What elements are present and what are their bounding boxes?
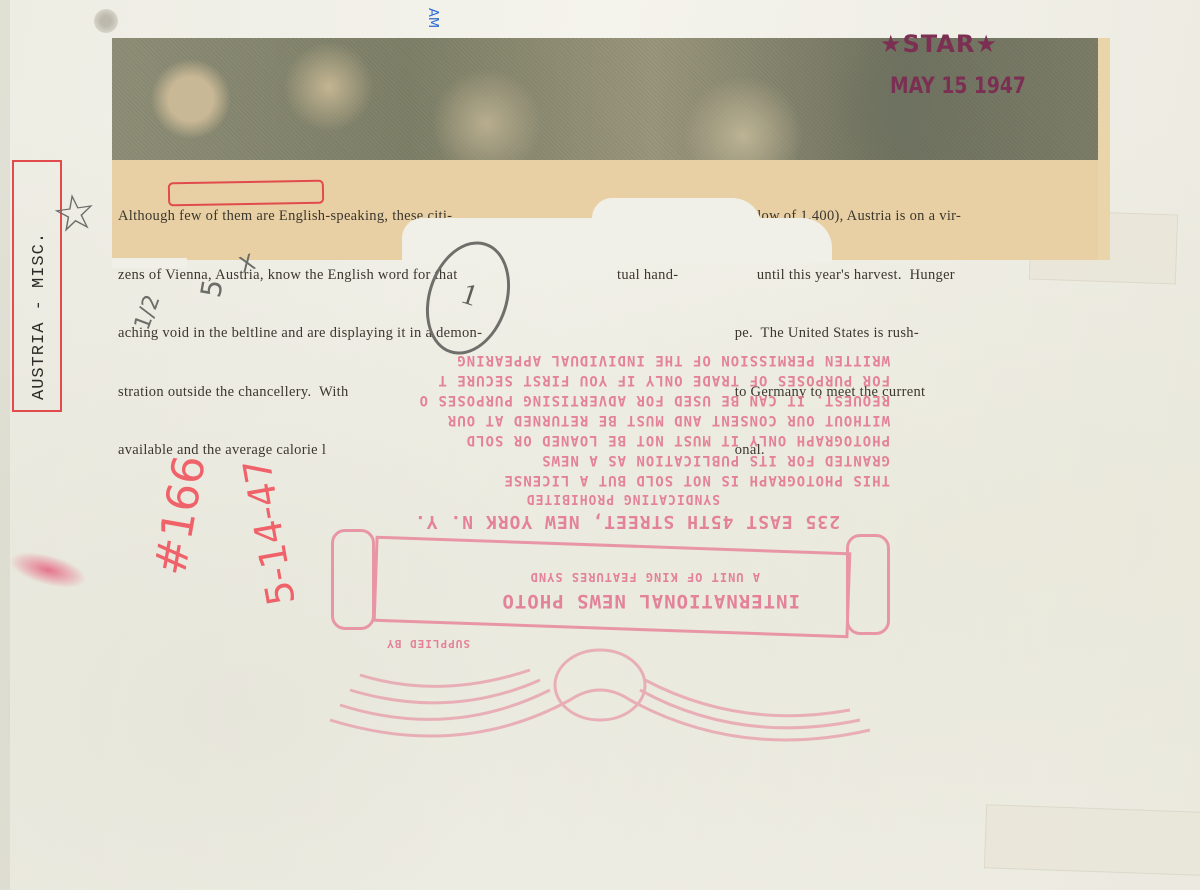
rights-line: FOR PURPOSES OF TRADE ONLY IF YOU FIRST …: [437, 372, 890, 388]
eagle-emblem-icon: [320, 640, 880, 760]
torn-area: [112, 258, 187, 268]
agency-address: 235 EAST 45TH STREET, NEW YORK N. Y.: [414, 511, 840, 532]
rights-line: WITHOUT OUR CONSENT AND MUST BE RETURNED…: [447, 412, 890, 428]
rights-line: WRITTEN PERMISSION OF THE INDIVIDUAL APP…: [456, 352, 890, 368]
blue-pen-note: AM: [425, 8, 440, 28]
banner-scroll: [373, 536, 852, 639]
caption-line: zens of Vienna, Austria, know the Englis…: [118, 266, 482, 286]
clipping-edge: [1098, 38, 1110, 260]
stamp-date: MAY 15 1947: [890, 74, 1026, 99]
rights-line: REQUEST. IT CAN BE USED FOR ADVERTISING …: [419, 392, 890, 408]
pencil-star-icon: ☆: [48, 181, 100, 245]
circled-number-value: 1: [457, 277, 482, 314]
tape-strip-bottom: [984, 804, 1200, 876]
paper-edge: [0, 0, 10, 890]
rights-line: GRANTED FOR ITS PUBLICATION AS A NEWS: [541, 452, 890, 468]
red-circle-annotation: [168, 180, 324, 207]
supplied-by-text: SUPPLIED BY: [386, 637, 470, 650]
torn-area: [592, 198, 762, 228]
rights-line: THIS PHOTOGRAPH IS NOT SOLD BUT A LICENS…: [503, 472, 890, 488]
rights-line: PHOTOGRAPH ONLY IT MUST NOT BE LOANED OR…: [466, 432, 890, 448]
agency-rights-stamp: SUPPLIED BY INTERNATIONAL NEWS PHOTO A U…: [300, 330, 910, 770]
scroll-end-right: [331, 529, 375, 630]
stamp-star-name: ★STAR★: [880, 30, 998, 58]
agency-name: INTERNATIONAL NEWS PHOTO: [501, 590, 800, 612]
agency-subtitle: A UNIT OF KING FEATURES SYND: [530, 570, 760, 584]
category-label: AUSTRIA - MISC.: [30, 232, 49, 400]
star-newspaper-stamp: ★STAR★ MAY 15 1947: [880, 30, 1050, 99]
scroll-end-left: [846, 534, 890, 635]
rights-line: SYNDICATING PROHIBITED: [526, 491, 720, 506]
caption-line: tual hand- until this year's harvest. Hu…: [617, 266, 961, 286]
